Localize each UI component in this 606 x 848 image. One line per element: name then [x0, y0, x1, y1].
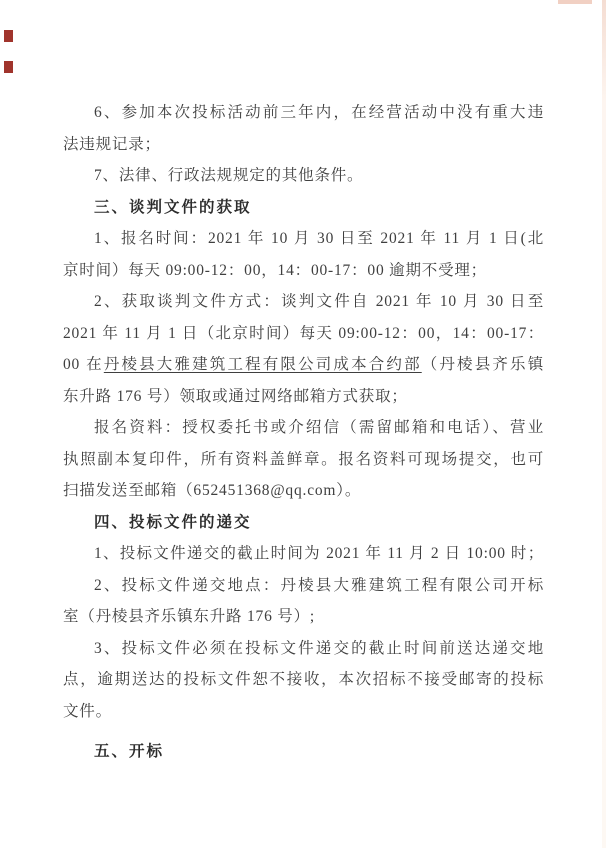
doc-line: 执照副本复印件，所有资料盖鲜章。报名资料可现场提交，也可	[63, 444, 544, 476]
doc-line: 7、法律、行政法规规定的其他条件。	[63, 160, 544, 192]
document-body: 6、参加本次投标活动前三年内，在经营活动中没有重大违 法违规记录； 7、法律、行…	[63, 97, 544, 768]
red-scan-mark	[4, 61, 13, 73]
doc-line: 点，逾期送达的投标文件恕不接收，本次招标不接受邮寄的投标	[63, 664, 544, 696]
doc-line: 2、投标文件递交地点：丹棱县大雅建筑工程有限公司开标	[63, 570, 544, 602]
doc-line-underlined: 00 在丹棱县大雅建筑工程有限公司成本合约部（丹棱县齐乐镇	[63, 349, 544, 381]
doc-line: 2、获取谈判文件方式：谈判文件自 2021 年 10 月 30 日至	[63, 286, 544, 318]
doc-line: 1、投标文件递交的截止时间为 2021 年 11 月 2 日 10:00 时；	[63, 538, 544, 570]
doc-line: 文件。	[63, 696, 544, 728]
section-heading-5: 五、开标	[63, 736, 544, 768]
scan-edge-artifact	[558, 0, 592, 4]
doc-line: 6、参加本次投标活动前三年内，在经营活动中没有重大违	[63, 97, 544, 129]
underlined-company-name: 丹棱县大雅建筑工程有限公司成本合约部	[104, 356, 422, 373]
doc-line: 室（丹棱县齐乐镇东升路 176 号）;	[63, 601, 544, 633]
section-heading-3: 三、谈判文件的获取	[63, 192, 544, 224]
doc-line: 报名资料：授权委托书或介绍信（需留邮箱和电话）、营业	[63, 412, 544, 444]
scanned-document-page: 6、参加本次投标活动前三年内，在经营活动中没有重大违 法违规记录； 7、法律、行…	[0, 0, 606, 848]
doc-text: 00 在	[63, 356, 104, 373]
doc-line: 2021 年 11 月 1 日（北京时间）每天 09:00-12：00，14：0…	[63, 318, 544, 350]
doc-line-email: 扫描发送至邮箱（652451368@qq.com）。	[63, 475, 544, 507]
doc-text: （丹棱县齐乐镇	[422, 356, 544, 373]
doc-line: 京时间）每天 09:00-12：00，14：00-17：00 逾期不受理；	[63, 255, 544, 287]
doc-line: 东升路 176 号）领取或通过网络邮箱方式获取；	[63, 381, 544, 413]
doc-line: 3、投标文件必须在投标文件递交的截止时间前送达递交地	[63, 633, 544, 665]
red-scan-mark	[4, 30, 13, 42]
doc-line: 法违规记录；	[63, 129, 544, 161]
doc-line: 1、报名时间：2021 年 10 月 30 日至 2021 年 11 月 1 日…	[63, 223, 544, 255]
scan-edge-artifact	[602, 0, 606, 848]
section-heading-4: 四、投标文件的递交	[63, 507, 544, 539]
